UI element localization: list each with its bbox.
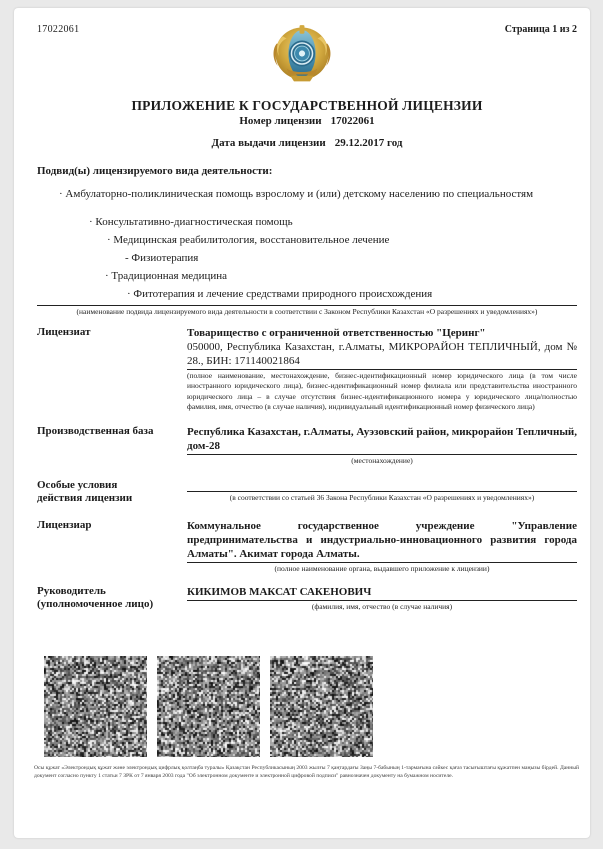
qr-code-3 bbox=[270, 656, 373, 757]
license-date-line: Дата выдачи лицензии29.12.2017 год bbox=[37, 136, 577, 150]
licensee-caption: (полное наименование, местонахождение, б… bbox=[187, 371, 577, 413]
list-item: · Консультативно-диагностическая помощь bbox=[37, 215, 577, 229]
licensor-label: Лицензиар bbox=[37, 519, 187, 575]
subtypes-caption: (наименование подвида лицензируемого вид… bbox=[37, 307, 577, 318]
page-title: ПРИЛОЖЕНИЕ К ГОСУДАРСТВЕННОЙ ЛИЦЕНЗИИ bbox=[37, 97, 577, 114]
legal-footer: Осы құжат «Электрондық құжат және электр… bbox=[34, 764, 579, 780]
license-date-label: Дата выдачи лицензии bbox=[212, 137, 326, 149]
qr-code-1 bbox=[44, 656, 147, 757]
list-item: · Амбулаторно-поликлиническая помощь взр… bbox=[37, 187, 577, 201]
head-person-row: Руководитель (уполномоченное лицо) КИКИМ… bbox=[37, 585, 577, 613]
divider bbox=[187, 454, 577, 455]
divider bbox=[37, 305, 577, 306]
page-indicator: Страница 1 из 2 bbox=[505, 24, 577, 36]
licensee-address: 050000, Республика Казахстан, г.Алматы, … bbox=[187, 340, 577, 368]
divider bbox=[187, 369, 577, 370]
license-date-value: 29.12.2017 год bbox=[335, 137, 403, 149]
divider bbox=[187, 600, 577, 601]
list-item: · Медицинская реабилитология, восстанови… bbox=[37, 233, 577, 247]
special-conditions-row: Особые условия действия лицензии (в соот… bbox=[37, 479, 577, 505]
list-item: · Фитотерапия и лечение средствами приро… bbox=[37, 287, 577, 301]
licensee-row: Лицензиат Товарищество с ограниченной от… bbox=[37, 326, 577, 413]
license-number-value: 17022061 bbox=[331, 115, 375, 127]
special-conditions-caption: (в соответствии со статьей 36 Закона Рес… bbox=[187, 493, 577, 504]
licensor-value: Коммунальное государственное учреждение … bbox=[187, 519, 577, 561]
licensee-label: Лицензиат bbox=[37, 326, 187, 413]
divider bbox=[187, 491, 577, 492]
list-item: · Традиционная медицина bbox=[37, 269, 577, 283]
production-base-label: Производственная база bbox=[37, 425, 187, 467]
licensor-caption: (полное наименование органа, выдавшего п… bbox=[187, 564, 577, 575]
subtypes-list: · Амбулаторно-поликлиническая помощь взр… bbox=[37, 187, 577, 301]
license-document-page: 17022061 Страница 1 из 2 bbox=[14, 8, 590, 838]
divider bbox=[187, 562, 577, 563]
signature-stamps bbox=[37, 656, 577, 757]
licensor-row: Лицензиар Коммунальное государственное у… bbox=[37, 519, 577, 575]
head-person-name: КИКИМОВ МАКСАТ САКЕНОВИЧ bbox=[187, 585, 577, 599]
special-conditions-label: Особые условия действия лицензии bbox=[37, 479, 187, 505]
subtypes-heading: Подвид(ы) лицензируемого вида деятельнос… bbox=[37, 164, 577, 178]
license-number-label: Номер лицензии bbox=[239, 115, 321, 127]
document-number: 17022061 bbox=[37, 24, 79, 36]
head-person-label: Руководитель (уполномоченное лицо) bbox=[37, 585, 187, 613]
production-base-caption: (местонахождение) bbox=[187, 456, 577, 467]
production-base-row: Производственная база Республика Казахст… bbox=[37, 425, 577, 467]
qr-code-2 bbox=[157, 656, 260, 757]
production-base-value: Республика Казахстан, г.Алматы, Ауэзовск… bbox=[187, 425, 577, 453]
licensee-name: Товарищество с ограниченной ответственно… bbox=[187, 326, 577, 340]
license-number-line: Номер лицензии17022061 bbox=[37, 114, 577, 128]
kazakhstan-coat-of-arms-icon bbox=[268, 22, 336, 85]
list-item: - Физиотерапия bbox=[37, 251, 577, 265]
head-person-caption: (фамилия, имя, отчество (в случае наличи… bbox=[187, 602, 577, 613]
